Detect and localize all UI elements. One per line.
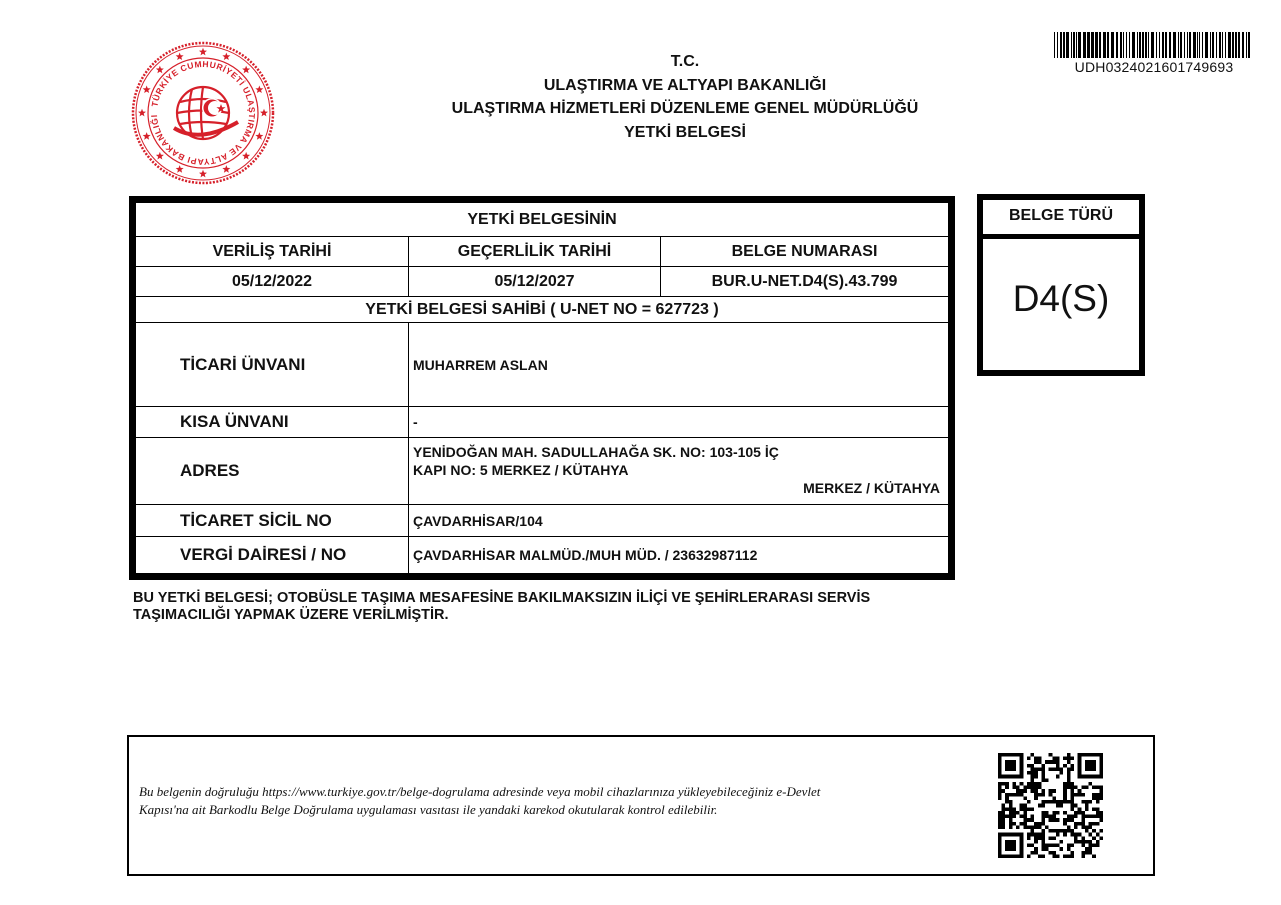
header-ministry: ULAŞTIRMA VE ALTYAPI BAKANLIĞI — [400, 74, 970, 98]
header-document-title: YETKİ BELGESİ — [400, 121, 970, 145]
owner-header-row: YETKİ BELGESİ SAHİBİ ( U-NET NO = 627723… — [136, 297, 948, 323]
address-line-2: KAPI NO: 5 MERKEZ / KÜTAHYA — [413, 461, 948, 479]
table-title-row: YETKİ BELGESİNİN — [136, 203, 948, 237]
validity-date-value: 05/12/2027 — [408, 267, 660, 296]
document-header: T.C. ULAŞTIRMA VE ALTYAPI BAKANLIĞI ULAŞ… — [400, 50, 970, 144]
barcode: UDH0324021601749693 — [1054, 32, 1254, 75]
column-document-number: BELGE NUMARASI — [660, 237, 948, 266]
ministry-seal-icon: TÜRKİYE CUMHURİYETİ ULAŞTIRMA VE ALTYAPI… — [130, 40, 276, 186]
table-values-row: 05/12/2022 05/12/2027 BUR.U-NET.D4(S).43… — [136, 267, 948, 297]
tax-office-label: VERGİ DAİRESİ / NO — [136, 537, 408, 573]
address-label: ADRES — [136, 438, 408, 504]
table-row: TİCARET SİCİL NO ÇAVDARHİSAR/104 — [136, 505, 948, 537]
trade-name-label: TİCARİ ÜNVANI — [136, 323, 408, 406]
verification-box: Bu belgenin doğruluğu https://www.turkiy… — [127, 735, 1155, 876]
barcode-number: UDH0324021601749693 — [1054, 59, 1254, 75]
document-type-value: D4(S) — [983, 239, 1139, 359]
barcode-icon — [1054, 32, 1254, 58]
trade-name-value: MUHARREM ASLAN — [408, 323, 948, 406]
authorization-table: YETKİ BELGESİNİN VERİLİŞ TARİHİ GEÇERLİL… — [129, 196, 955, 580]
short-name-value: - — [408, 407, 948, 437]
address-value: YENİDOĞAN MAH. SADULLAHAĞA SK. NO: 103-1… — [408, 438, 948, 504]
address-district: MERKEZ / KÜTAHYA — [803, 479, 940, 497]
verification-line-1: Bu belgenin doğruluğu https://www.turkiy… — [139, 783, 969, 801]
trade-registry-value: ÇAVDARHİSAR/104 — [408, 505, 948, 536]
header-tc: T.C. — [400, 50, 970, 74]
authorization-statement: BU YETKİ BELGESİ; OTOBÜSLE TAŞIMA MESAFE… — [133, 590, 933, 624]
column-issue-date: VERİLİŞ TARİHİ — [136, 237, 408, 266]
document-number-value: BUR.U-NET.D4(S).43.799 — [660, 267, 948, 296]
document-type-box: BELGE TÜRÜ D4(S) — [977, 194, 1145, 376]
trade-registry-label: TİCARET SİCİL NO — [136, 505, 408, 536]
address-line-1: YENİDOĞAN MAH. SADULLAHAĞA SK. NO: 103-1… — [413, 443, 948, 461]
verification-text: Bu belgenin doğruluğu https://www.turkiy… — [139, 783, 969, 819]
statement-line-1: BU YETKİ BELGESİ; OTOBÜSLE TAŞIMA MESAFE… — [133, 590, 933, 607]
column-validity-date: GEÇERLİLİK TARİHİ — [408, 237, 660, 266]
header-directorate: ULAŞTIRMA HİZMETLERİ DÜZENLEME GENEL MÜD… — [400, 97, 970, 121]
table-row: KISA ÜNVANI - — [136, 407, 948, 438]
verification-line-2: Kapısı'na ait Barkodlu Belge Doğrulama u… — [139, 801, 969, 819]
qr-code-icon[interactable] — [998, 753, 1103, 858]
document-type-title: BELGE TÜRÜ — [983, 198, 1139, 239]
statement-line-2: TAŞIMACILIĞI YAPMAK ÜZERE VERİLMİŞTİR. — [133, 607, 933, 624]
table-title: YETKİ BELGESİNİN — [136, 203, 948, 236]
table-row: VERGİ DAİRESİ / NO ÇAVDARHİSAR MALMÜD./M… — [136, 537, 948, 573]
table-row: ADRES YENİDOĞAN MAH. SADULLAHAĞA SK. NO:… — [136, 438, 948, 505]
table-row: TİCARİ ÜNVANI MUHARREM ASLAN — [136, 323, 948, 407]
tax-office-value: ÇAVDARHİSAR MALMÜD./MUH MÜD. / 236329871… — [408, 537, 948, 573]
owner-header: YETKİ BELGESİ SAHİBİ ( U-NET NO = 627723… — [136, 297, 948, 322]
short-name-label: KISA ÜNVANI — [136, 407, 408, 437]
table-header-row: VERİLİŞ TARİHİ GEÇERLİLİK TARİHİ BELGE N… — [136, 237, 948, 267]
issue-date-value: 05/12/2022 — [136, 267, 408, 296]
